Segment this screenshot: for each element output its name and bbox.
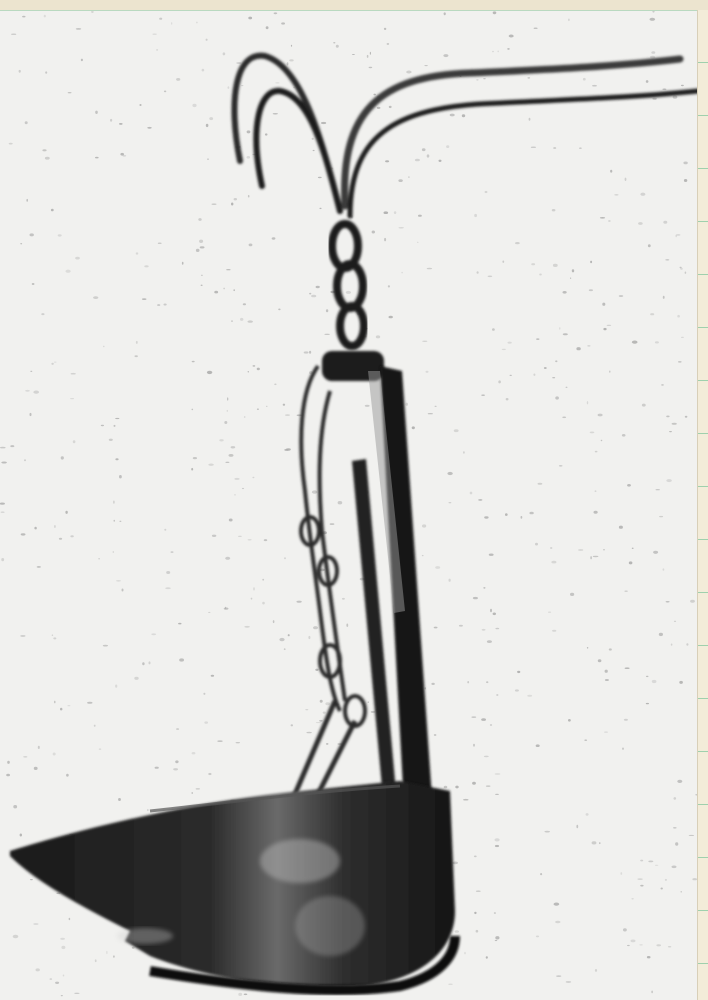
chain [332,224,364,346]
wick-pick-chain [292,366,365,806]
lamp-pan [10,781,455,987]
photo-top-border [0,0,708,11]
lamp-illustration [0,11,697,1000]
photograph [0,11,697,1000]
hanging-hooks [234,56,697,216]
ruled-paper-edge [697,10,708,1000]
